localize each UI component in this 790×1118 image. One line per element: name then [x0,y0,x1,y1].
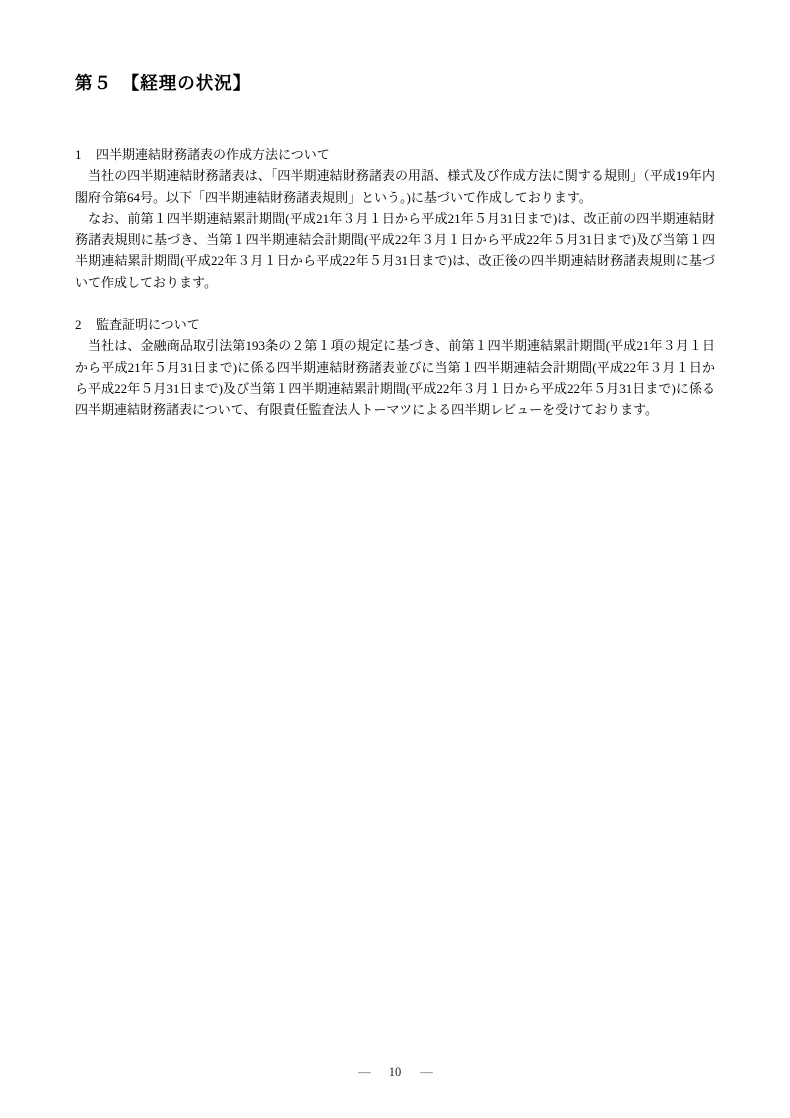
section-heading: 1四半期連結財務諸表の作成方法について [75,144,715,165]
section-title: 監査証明について [96,317,200,332]
section-number: 2 [75,314,96,335]
paragraph: 当社は、金融商品取引法第193条の２第１項の規定に基づき、前第１四半期連結累計期… [75,335,715,420]
section-accounting-method: 1四半期連結財務諸表の作成方法について 当社の四半期連結財務諸表は、「四半期連結… [75,144,715,293]
section-body: 当社の四半期連結財務諸表は、「四半期連結財務諸表の用語、様式及び作成方法に関する… [75,165,715,293]
section-body: 当社は、金融商品取引法第193条の２第１項の規定に基づき、前第１四半期連結累計期… [75,335,715,420]
paragraph: 当社の四半期連結財務諸表は、「四半期連結財務諸表の用語、様式及び作成方法に関する… [75,165,715,208]
section-title: 四半期連結財務諸表の作成方法について [96,147,330,162]
footer-dash-right: ― [420,1065,432,1080]
page-title: 第５ 【経理の状況】 [75,70,715,95]
section-heading: 2監査証明について [75,314,715,335]
footer-dash-left: ― [358,1065,370,1080]
document-page: 第５ 【経理の状況】 1四半期連結財務諸表の作成方法について 当社の四半期連結財… [0,0,790,1118]
page-footer: ― 10 ― [0,1065,790,1080]
footer-page-number: 10 [389,1065,402,1080]
paragraph: なお、前第１四半期連結累計期間(平成21年３月１日から平成21年５月31日まで)… [75,208,715,293]
section-audit-certification: 2監査証明について 当社は、金融商品取引法第193条の２第１項の規定に基づき、前… [75,314,715,420]
section-number: 1 [75,144,96,165]
